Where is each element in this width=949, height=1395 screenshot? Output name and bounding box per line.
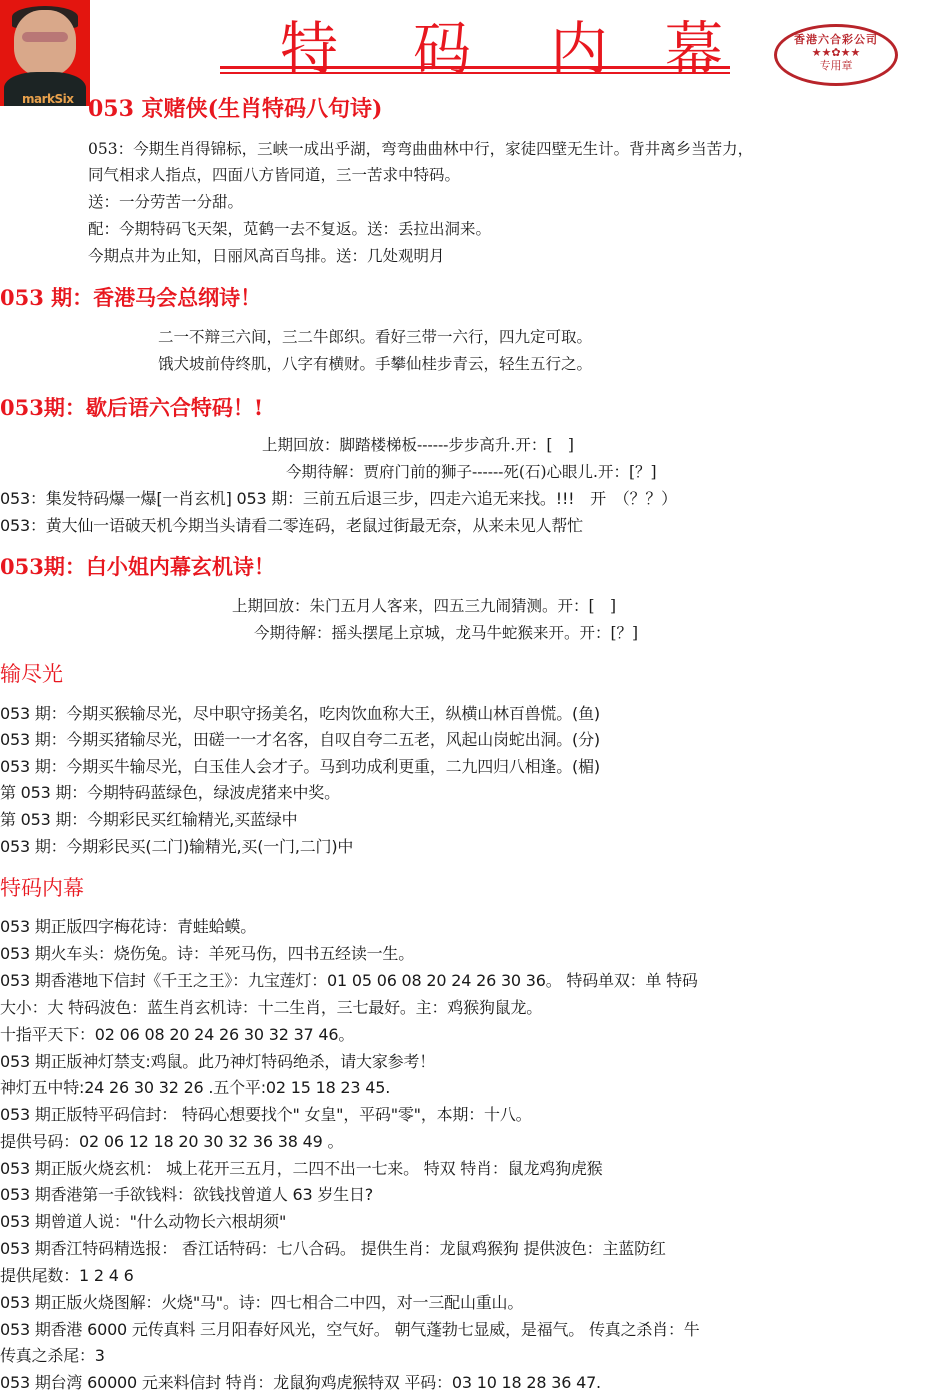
poem-line: 送：一分劳苦一分甜。 (88, 190, 243, 212)
tip-line: 第 053 期：今期彩民买红输精光,买蓝绿中 (0, 807, 297, 830)
tip-line: 053 期台湾 60000 元来料信封 特肖：龙鼠狗鸡虎猴特双 平码：03 10… (0, 1370, 601, 1393)
tip-line: 053 期正版神灯禁支:鸡鼠。此乃神灯特码绝杀，请大家参考！ (0, 1049, 435, 1072)
tip-line: 传真之杀尾：3 (0, 1343, 105, 1366)
riddle-line: 上期回放：朱门五月人客来，四五三九闹猜测。开：[ ] (232, 594, 616, 616)
tip-line: 053 期：今期买猪输尽光，田磋一一才名客，自叹自夸二五老，风起山岗蛇出洞。(分… (0, 727, 600, 750)
poem-line: 配：今期特码飞天架，苋鹤一去不复返。送：丢拉出洞来。 (88, 217, 491, 239)
company-seal: 香港六合彩公司 ★★✿★★ 专用章 (774, 24, 898, 86)
tip-line: 053 期香港 6000 元传真料 三月阳春好风光，空气好。 朝气蓬勃七显威，是… (0, 1317, 700, 1340)
tip-line: 提供尾数：1 2 4 6 (0, 1263, 134, 1286)
poem-line: 053：今期生肖得锦标，三峡一成出乎湖，弯弯曲曲林中行，家徒四壁无生计。背井离乡… (88, 137, 753, 159)
tip-line: 053：集发特码爆一爆[一肖玄机] 053 期：三前五后退三步，四走六追无来找。… (0, 486, 677, 509)
page-title: 特 码 内 幕 (220, 0, 730, 80)
seal-label: 专用章 (777, 59, 895, 73)
tip-line: 053 期火车头：烧伤兔。诗：羊死马伤，四书五经读一生。 (0, 941, 414, 964)
poem-line: 二一不辩三六间，三二牛郎织。看好三带一六行，四九定可取。 (158, 325, 592, 347)
avatar: markSix (0, 0, 90, 106)
tip-line: 提供号码：02 06 12 18 20 30 32 36 38 49 。 (0, 1129, 343, 1152)
riddle-line: 今期待解：摇头摆尾上京城，龙马牛蛇猴来开。开：[？] (254, 621, 638, 643)
poem-line: 饿犬坡前侍终肌，八字有横财。手攀仙桂步青云，轻生五行之。 (158, 352, 592, 374)
tip-line: 053 期香港地下信封《千王之王》：九宝莲灯：01 05 06 08 20 24… (0, 968, 698, 991)
seal-text: 香港六合彩公司 (777, 31, 895, 47)
avatar-face (14, 10, 76, 76)
tip-line: 053：黄大仙一语破天机今期当头请看二零连码，老鼠过街最无奈，从来未见人帮忙 (0, 513, 583, 536)
tip-line: 053 期：今期买猴输尽光，尽中职守扬美名，吃肉饮血称大王，纵横山林百兽慌。(鱼… (0, 701, 600, 724)
tip-line: 053 期：今期买牛输尽光，白玉佳人会才子。马到功成利更重，二九四归八相逢。(楣… (0, 754, 600, 777)
tip-line: 053 期香江特码精选报： 香江话特码：七八合码。 提供生肖：龙鼠鸡猴狗 提供波… (0, 1236, 666, 1259)
marksix-logo: markSix (22, 92, 74, 106)
section-heading: 输尽光 (0, 658, 63, 688)
tip-line: 053 期正版四字梅花诗：青蛙蛤蟆。 (0, 914, 256, 937)
tip-line: 大小：大 特码波色：蓝生肖玄机诗：十二生肖，三七最好。主：鸡猴狗鼠龙。 (0, 995, 542, 1018)
title-underline (220, 66, 730, 69)
tip-line: 053 期香港第一手欲钱料：欲钱找曾道人 63 岁生日? (0, 1182, 373, 1205)
tip-line: 053 期：今期彩民买(二门)输精光,买(一门,二门)中 (0, 834, 353, 857)
riddle-line: 今期待解：贾府门前的狮子------死(石)心眼儿.开：[？] (286, 460, 657, 482)
tip-line: 053 期曾道人说："什么动物长六根胡须" (0, 1209, 286, 1232)
title-underline (220, 72, 730, 74)
poem-line: 同气相求人指点，四面八方皆同道，三一苦求中特码。 (88, 163, 460, 185)
section-heading: 特码内幕 (0, 872, 84, 902)
poem-line: 今期点井为止知，日丽风高百鸟排。送：几处观明月 (88, 244, 445, 266)
tip-line: 第 053 期：今期特码蓝绿色，绿波虎猪来中奖。 (0, 780, 340, 803)
tip-line: 053 期正版特平码信封： 特码心想要找个" 女皇"，平码"零"，本期：十八。 (0, 1102, 531, 1125)
avatar-glasses (22, 32, 68, 42)
tip-line: 神灯五中特:24 26 30 32 26 .五个平:02 15 18 23 45… (0, 1075, 390, 1098)
tip-line: 053 期正版火烧玄机： 城上花开三五月，二四不出一七来。 特双 特肖：鼠龙鸡狗… (0, 1156, 602, 1179)
riddle-line: 上期回放：脚踏楼梯板------步步高升.开：[ ] (262, 433, 574, 455)
tip-line: 053 期正版火烧图解：火烧"马"。诗：四七相合二中四，对一三配山重山。 (0, 1290, 523, 1313)
star-icon: ★★✿★★ (777, 47, 895, 59)
tip-line: 十指平天下：02 06 08 20 24 26 30 32 37 46。 (0, 1022, 354, 1045)
section-heading: 053期：白小姐内幕玄机诗！ (0, 551, 275, 581)
section-heading: 053期：歇后语六合特码！! (0, 392, 263, 422)
section-heading: 053 期：香港马会总纲诗！ (0, 282, 261, 312)
section-heading: 053 京赌侠(生肖特码八句诗) (88, 92, 382, 123)
